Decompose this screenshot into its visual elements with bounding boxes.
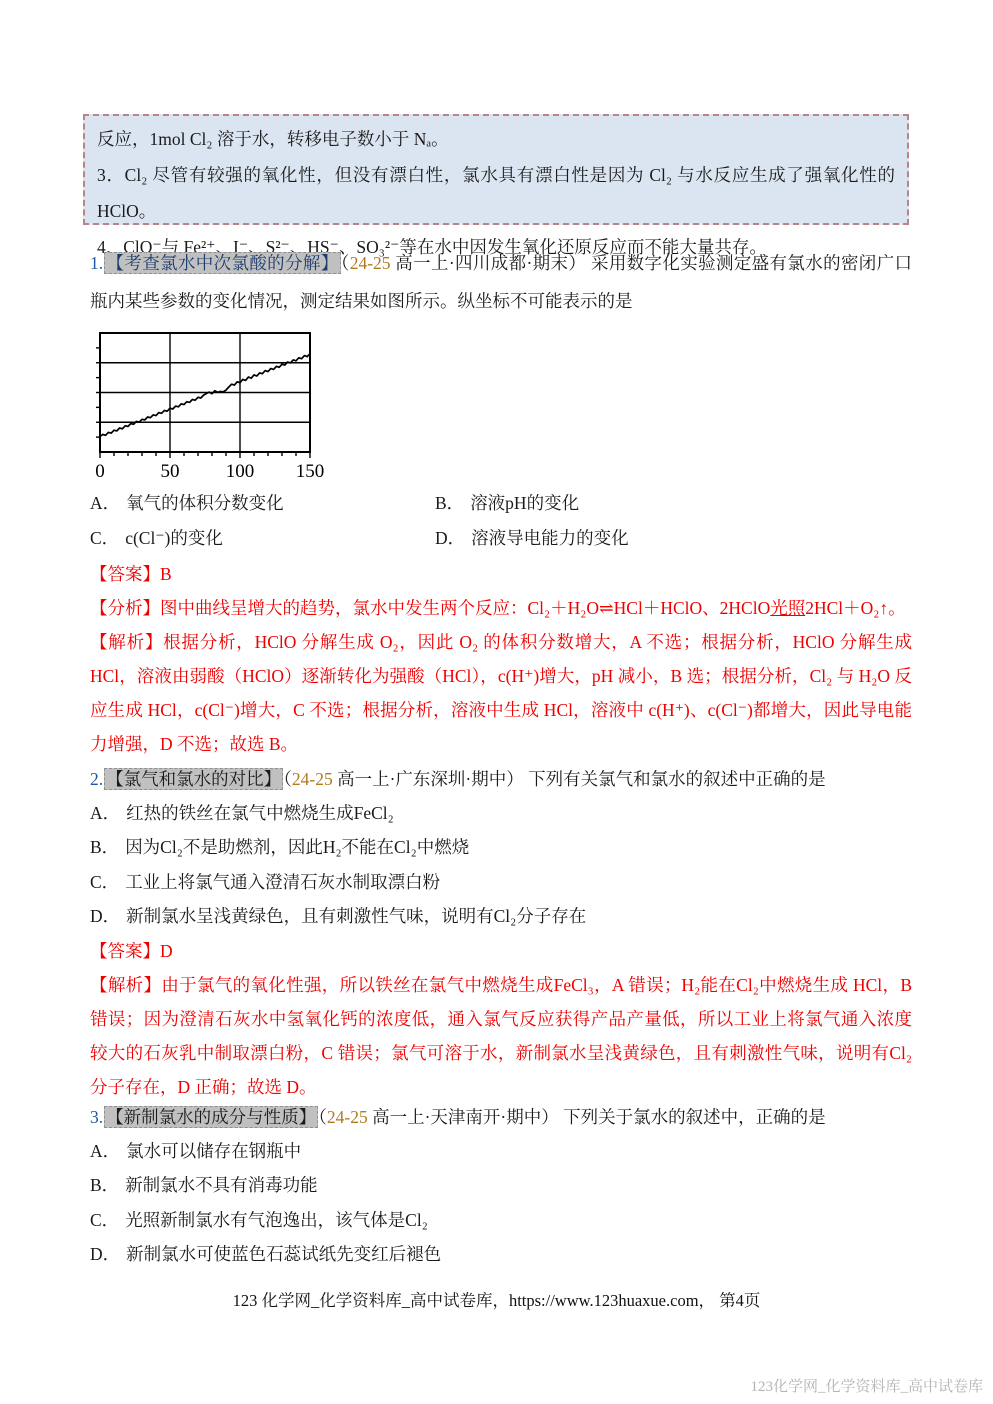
question-source: （24-25 高一上·天津南开·期中） bbox=[318, 1107, 563, 1127]
notes-box: 反应，1mol Cl₂ 溶于水，转移电子数小于 Nₐ。 3．Cl₂ 尽管有较强的… bbox=[83, 114, 909, 225]
question-2-heading: 2.【氯气和氯水的对比】（24-25 高一上·广东深圳·期中） 下列有关氯气和氯… bbox=[90, 760, 912, 798]
reaction-condition: 光照 bbox=[770, 598, 805, 618]
question-number: 3. bbox=[90, 1107, 103, 1127]
answer-value: D bbox=[160, 941, 173, 961]
question-1-options: A．氧气的体积分数变化 B．溶液pH的变化 C．c(Cl⁻)的变化 D．溶液导电… bbox=[90, 486, 912, 556]
question-option: A．氯水可以储存在钢瓶中 bbox=[90, 1134, 912, 1168]
document-page: 反应，1mol Cl₂ 溶于水，转移电子数小于 Nₐ。 3．Cl₂ 尽管有较强的… bbox=[0, 0, 993, 1404]
page-footer: 123 化学网_化学资料库_高中试卷库，https://www.123huaxu… bbox=[0, 1287, 993, 1311]
question-option: B．溶液pH的变化 bbox=[435, 486, 912, 521]
note-line: 反应，1mol Cl₂ 溶于水，转移电子数小于 Nₐ。 bbox=[97, 121, 895, 157]
svg-text:100: 100 bbox=[226, 461, 255, 482]
question-number: 2. bbox=[90, 769, 103, 789]
question-topic-tag: 【新制氯水的成分与性质】 bbox=[104, 1106, 318, 1128]
question-3-heading: 3.【新制氯水的成分与性质】（24-25 高一上·天津南开·期中） 下列关于氯水… bbox=[90, 1098, 912, 1136]
explanation-paragraph: 【解析】由于氯气的氧化性强，所以铁丝在氯气中燃烧生成FeCl₃，A 错误；H₂能… bbox=[90, 968, 912, 1104]
question-option: D．新制氯水可使蓝色石蕊试纸先变红后褪色 bbox=[90, 1237, 912, 1271]
watermark: 123化学网_化学资料库_高中试卷库 bbox=[750, 1375, 983, 1396]
question-option: D．新制氯水呈浅黄绿色，且有刺激性气味，说明有Cl₂分子存在 bbox=[90, 899, 912, 933]
question-stem: 下列关于氯水的叙述中，正确的是 bbox=[563, 1107, 826, 1127]
question-topic-tag: 【考查氯水中次氯酸的分解】 bbox=[104, 252, 341, 274]
question-option: D．溶液导电能力的变化 bbox=[435, 521, 912, 556]
question-number: 1. bbox=[90, 253, 103, 273]
question-option: A．氧气的体积分数变化 bbox=[90, 486, 435, 521]
question-topic-tag: 【氯气和氯水的对比】 bbox=[104, 768, 283, 790]
chart-line-graph: 050100150 bbox=[92, 330, 362, 482]
explanation-paragraph: 【解析】根据分析，HClO 分解生成 O₂，因此 O₂ 的体积分数增大，A 不选… bbox=[90, 625, 912, 761]
question-option: B．因为Cl₂不是助燃剂，因此H₂不能在Cl₂中燃烧 bbox=[90, 830, 912, 864]
answer-value: B bbox=[160, 564, 172, 584]
question-option: A．红热的铁丝在氯气中燃烧生成FeCl₂ bbox=[90, 796, 912, 830]
question-1-heading: 1.【考查氯水中次氯酸的分解】（24-25 高一上·四川成都·期末） 采用数字化… bbox=[90, 244, 912, 320]
question-2-options: A．红热的铁丝在氯气中燃烧生成FeCl₂ B．因为Cl₂不是助燃剂，因此H₂不能… bbox=[90, 796, 912, 933]
question-source: （24-25 高一上·广东深圳·期中） bbox=[283, 769, 528, 789]
analysis-line: 【分析】图中曲线呈增大的趋势，氯水中发生两个反应：Cl₂＋H₂O⇌HCl＋HCl… bbox=[90, 591, 912, 625]
answer-line: 【答案】B bbox=[90, 557, 912, 591]
question-option: C．工业上将氯气通入澄清石灰水制取漂白粉 bbox=[90, 865, 912, 899]
svg-text:50: 50 bbox=[161, 461, 180, 482]
note-line: 3．Cl₂ 尽管有较强的氧化性，但没有漂白性，氯水具有漂白性是因为 Cl₂ 与水… bbox=[97, 157, 895, 229]
svg-text:0: 0 bbox=[95, 461, 105, 482]
question-3-options: A．氯水可以储存在钢瓶中 B．新制氯水不具有消毒功能 C．光照新制氯水有气泡逸出… bbox=[90, 1134, 912, 1271]
answer-line: 【答案】D bbox=[90, 934, 912, 968]
question-source: （24-25 高一上·四川成都·期末） bbox=[341, 253, 591, 273]
question-option: C．光照新制氯水有气泡逸出，该气体是Cl₂ bbox=[90, 1203, 912, 1237]
question-option: C．c(Cl⁻)的变化 bbox=[90, 521, 435, 556]
question-stem: 下列有关氯气和氯水的叙述中正确的是 bbox=[528, 769, 826, 789]
svg-text:150: 150 bbox=[296, 461, 325, 482]
question-option: B．新制氯水不具有消毒功能 bbox=[90, 1168, 912, 1202]
